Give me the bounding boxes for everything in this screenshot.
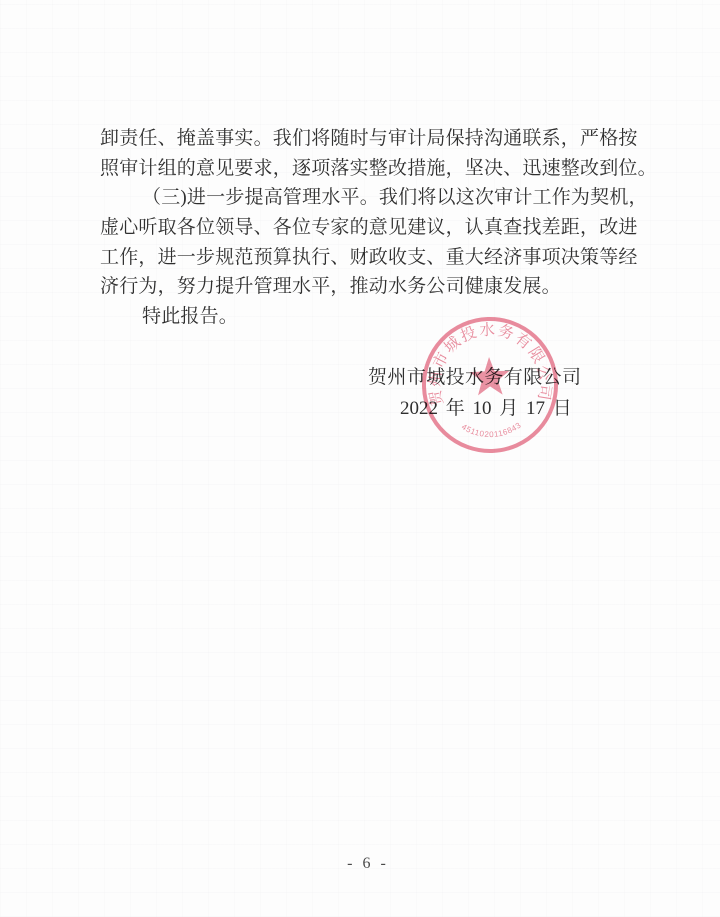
seal-registration-number: 4511020116843 — [460, 420, 524, 440]
body-line-1: 卸责任、掩盖事实。我们将随时与审计局保持沟通联系，严格按 — [100, 124, 630, 154]
body-line-3: （三)进一步提高管理水平。我们将以这次审计工作为契机， — [100, 183, 630, 213]
body-line-4: 虚心听取各位领导、各位专家的意见建议，认真查找差距，改进 — [100, 213, 630, 243]
official-company-seal: 贺州市城投水务有限公司 4511020116843 — [416, 311, 565, 460]
body-line-5: 工作，进一步规范预算执行、财政收支、重大经济事项决策等经 — [100, 243, 630, 273]
page-number: - 6 - — [347, 855, 389, 873]
star-icon — [469, 356, 510, 395]
document-page: 卸责任、掩盖事实。我们将随时与审计局保持沟通联系，严格按 照审计组的意见要求，逐… — [0, 0, 720, 917]
seal-code-text-element: 4511020116843 — [460, 420, 524, 440]
body-line-6: 济行为，努力提升管理水平，推动水务公司健康发展。 — [100, 272, 630, 302]
body-line-2: 照审计组的意见要求，逐项落实整改措施，坚决、迅速整改到位。 — [100, 154, 630, 184]
body-text: 卸责任、掩盖事实。我们将随时与审计局保持沟通联系，严格按 照审计组的意见要求，逐… — [100, 124, 630, 332]
